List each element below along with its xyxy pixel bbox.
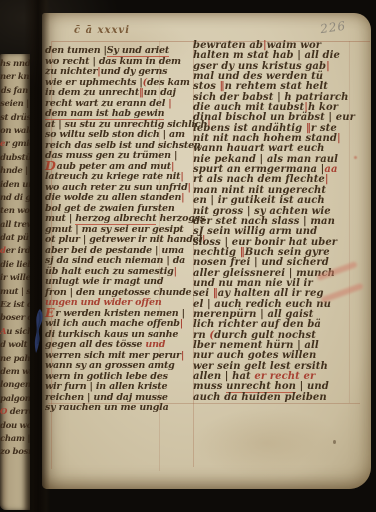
ink-text: wer sein gelt lest ersith <box>193 361 328 372</box>
chapter-heading: c̄ ā xxxvi <box>74 25 130 36</box>
ink-text: rt als nach dem flechte <box>193 174 325 185</box>
facing-page-text-line: hnde | d <box>0 165 30 178</box>
facing-page-text-line: iden un <box>0 179 30 192</box>
rubric-text: | <box>325 174 329 185</box>
ink-text: reich das selb ist und sichsten <box>45 140 201 151</box>
facing-page-text-line: ne pahct <box>0 353 30 366</box>
ink-text: auch da huiden pleiben <box>193 392 327 403</box>
facing-page-text-line: er gmids <box>0 138 30 151</box>
facing-page-text-line: zo bosn | id <box>0 446 30 459</box>
ink-text: dinal bischol un bräbst | eur <box>193 112 355 123</box>
facing-page-sliver: hs nndner knds fanseien |st drüsson wald… <box>0 54 30 510</box>
text-line: auch da huiden pleiben <box>193 393 369 403</box>
ink-text: allen | hat <box>193 371 254 382</box>
ink-text: so wiltu selb ston dich | am <box>45 129 185 140</box>
ink-text: sj da sind euch nieman | da <box>45 255 185 266</box>
rubric-text: | <box>326 61 330 72</box>
facing-page-text-line: O derrd l <box>0 406 30 419</box>
ink-text: rn <box>193 330 209 341</box>
ink-text: h kor <box>308 102 338 113</box>
rubric-text: | <box>180 171 183 182</box>
manuscript-photo: hs nndner knds fanseien |st drüsson wald… <box>0 0 376 512</box>
ink-text: nie pekand | als man raul <box>193 154 338 165</box>
ink-text: zu nichter <box>45 66 97 77</box>
ink-text: merenpürn | all gaist <box>193 309 313 320</box>
ink-text: | und <box>296 381 329 392</box>
rubric-lombard-initial: D <box>45 162 56 170</box>
ink-text: üb halt euch zu samestig <box>45 266 174 277</box>
rubric-text: und <box>145 339 165 350</box>
ink-text: und dy gerns <box>101 66 168 77</box>
ink-text: gser dy uns kristus gab <box>193 61 326 72</box>
ink-text: Buch sein gyre <box>245 247 330 258</box>
ink-text: un daj <box>144 87 176 98</box>
rubric-text: | <box>181 192 184 203</box>
rubric-text: | <box>188 182 191 193</box>
ink-text: lebens ist andähtig <box>193 123 306 134</box>
facing-page-text-line: on wald <box>0 125 30 138</box>
ink-text: sich der babst | h patriarch <box>193 92 349 103</box>
facing-page-text-line: ds fan <box>0 85 30 98</box>
ink-text: lich richter auf den bä <box>193 319 321 330</box>
ink-text: waim wor <box>267 40 321 51</box>
ink-text: nechtig <box>193 247 240 258</box>
facing-page-text-line: all trew <box>0 219 30 232</box>
ink-text: wo recht | das kum in dem <box>45 56 181 67</box>
ink-text: gegen all des tösse <box>45 339 145 350</box>
rubric-text: | <box>337 133 341 144</box>
rubric-text: | <box>181 350 184 361</box>
ink-text: en | ir gutikeit ist auch <box>193 195 325 206</box>
ink-text: die wolde zu allen standen <box>45 192 181 203</box>
rubric-text: er recht er <box>254 371 315 382</box>
facing-page-text-line: ten wold <box>0 205 30 218</box>
ink-text: mut | <box>45 213 75 224</box>
rubric-text: | <box>171 161 174 172</box>
facing-page-text-line: hs nnd <box>0 58 30 71</box>
blue-ink-mark <box>33 308 47 358</box>
ink-text: wie er uphmechts | <box>45 77 143 88</box>
ink-text: ay halten all ir reg <box>218 288 324 299</box>
ink-text: stos <box>193 81 220 92</box>
text-column-right: bewraten ab|waim worhalten m stat hab | … <box>193 41 369 403</box>
rubric-initial: e <box>0 139 5 149</box>
ink-text: wo auch reter zu sun unfrid <box>45 182 188 193</box>
ink-text: gmut | ma sy sei eur gesipt <box>45 224 184 235</box>
ink-text: des kam <box>147 77 190 88</box>
ink-text: halten m stat hab | all die <box>193 50 340 61</box>
facing-page-text-line: dou wolda <box>0 420 30 433</box>
stain <box>192 408 342 478</box>
facing-page-text-line: dem wid <box>0 366 30 379</box>
ink-text: ot plur | getrewer ir nit handel <box>45 234 202 245</box>
facing-page-text-line: Ez ist de <box>0 299 30 312</box>
rubric-text: | <box>165 98 171 109</box>
ink-text: durch gult nochst <box>214 330 316 341</box>
ink-text: di turkisch kaus un sanhe <box>45 329 178 340</box>
facing-page-text-line: die liebr <box>0 259 30 272</box>
ink-text: man nint nit ungerecht <box>193 185 326 196</box>
facing-page-text-line: palgon dr <box>0 393 30 406</box>
facing-page-text-line: ner kn <box>0 71 30 84</box>
rubric-initial: d <box>0 246 6 256</box>
facing-page-text-line: dat pü p <box>0 232 30 245</box>
ink-text: in dem zu unrecht <box>45 87 139 98</box>
ink-text: latreuch zu kriege rate nit <box>45 171 180 182</box>
rubric-initial: O <box>0 407 7 417</box>
rubric-text: aa <box>324 164 337 175</box>
ink-text: wern in gotlich lebe des <box>45 371 168 382</box>
rubric-text: | <box>180 318 183 329</box>
ink-text: nit nit nach hohem stand <box>193 133 337 144</box>
facing-page-text-line: cham | in d <box>0 433 30 446</box>
text-line: sy rauchen un me ungla <box>45 403 193 414</box>
ink-text: wann sy an grossen amtg <box>45 360 175 371</box>
facing-page-text-line: seien | <box>0 98 30 111</box>
rubric-initial: A <box>0 327 6 337</box>
ink-text: fron | den ungetosse chunde <box>45 287 191 298</box>
ink-text: el | auch redich euch nu <box>193 299 331 310</box>
ink-text: wir furn | in allen kriste <box>45 381 167 392</box>
ink-text: bol get de zwaien fursten <box>45 203 175 214</box>
facing-page-text-line: boser da <box>0 312 30 325</box>
facing-page-text-line: longen h <box>0 379 30 392</box>
ink-text: sei <box>193 288 213 299</box>
ink-text: mal und des werden tü <box>193 71 323 82</box>
facing-page-text-line: st drüss <box>0 112 30 125</box>
facing-page-text-line: ir willes <box>0 272 30 285</box>
facing-page-text-line: Au sichn <box>0 326 30 339</box>
ink-text: n rehtem stat helt <box>225 81 328 92</box>
rubric-text: | <box>174 266 177 277</box>
ink-speck <box>333 440 336 444</box>
ink-text: aller gleissnerei | munch <box>193 268 335 279</box>
ink-text: aub peter am and mut <box>57 161 171 172</box>
manuscript-page: c̄ ā xxxvi 226 den tumen |Sy und arietwo… <box>42 13 371 489</box>
facing-page-text-line: dubstül <box>0 152 30 165</box>
text-column-left: den tumen |Sy und arietwo recht | das ku… <box>45 46 193 414</box>
ink-text: werren sich mit mer perur <box>45 350 181 361</box>
rubric-text: ungen und wider offen <box>45 297 162 308</box>
ink-text: recht wart zu erann del <box>45 98 165 109</box>
facing-page-text-line: der irdn <box>0 245 30 258</box>
ink-text: das muss gen zu trümen | <box>45 150 177 161</box>
ink-text: sJ sein willig arm und <box>193 226 317 237</box>
ink-text: den tumen | <box>45 45 107 56</box>
ink-text: lber nement hürn | all <box>193 340 319 351</box>
ink-text: nit gross | sy achten wie <box>193 206 331 217</box>
ink-text: und nu man nie vil ir <box>193 278 313 289</box>
ink-text: reichen | und daj musse <box>45 392 168 403</box>
ink-text: der stet nach slass | man <box>193 216 335 227</box>
ink-text: sy rauchen un me ungla <box>45 402 169 413</box>
ink-text: at | su stu zu unrechtig sichlich <box>45 119 207 130</box>
red-dot <box>354 156 357 159</box>
facing-page-text-line: nd di gl <box>0 192 30 205</box>
ink-text: r werden kristen nemen | <box>55 308 185 319</box>
facing-page-text-line: mut | son <box>0 286 30 299</box>
ink-text: nosen frei | und sicherd <box>193 257 329 268</box>
folio-number: 226 <box>319 14 371 36</box>
ink-text: unlugt wie ir magt und <box>45 276 163 287</box>
ink-text: r ste <box>311 123 337 134</box>
facing-page-text-line: d wolt tu <box>0 339 30 352</box>
ink-text: die auch mit taubst <box>193 102 304 113</box>
ink-text: spurt an ermgermana | <box>193 164 324 175</box>
ink-text: sloss | eur bonir hat uber <box>193 237 337 248</box>
ink-text: muss <box>193 381 226 392</box>
ink-text: nur auch gotes willen <box>193 350 316 361</box>
ink-text: wil ich auch mache offenb <box>45 318 180 329</box>
ink-text: wann hauart wart euch <box>193 143 325 154</box>
ink-text: aber bei de pestande | uma <box>45 245 184 256</box>
ink-text: bewraten ab <box>193 40 263 51</box>
